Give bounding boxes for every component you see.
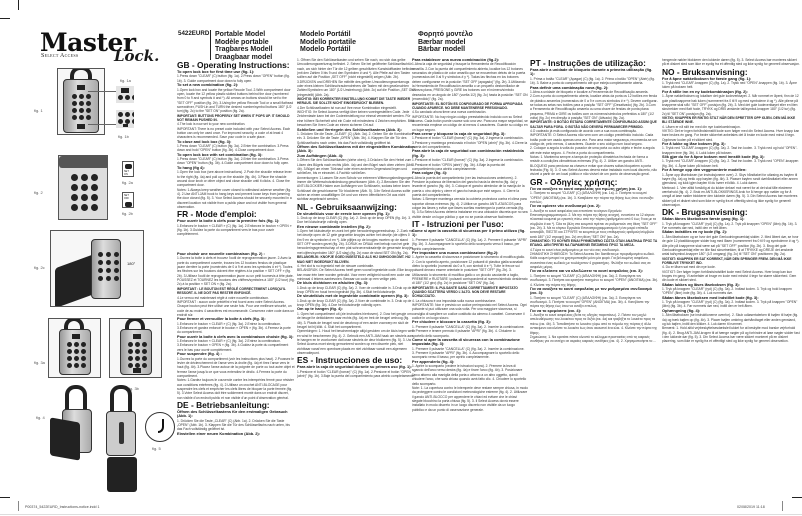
model-name-dk: Bærbar model xyxy=(418,39,473,47)
model-names-1: Portable Model Modèle portable Tragbares… xyxy=(215,31,273,61)
clear-button-icon xyxy=(72,334,80,339)
clear-button-icon xyxy=(133,334,141,339)
nl-hang: 1. Open het compartiment uit (zie instru… xyxy=(297,312,415,329)
figure-4 xyxy=(50,385,95,460)
it-new-combo: 1. Aprire la cassetta di sicurezza e pos… xyxy=(412,255,528,285)
it-open-set: 1. Premere il pulsante "CANCELLA" (C) (f… xyxy=(412,347,528,360)
figure-3a xyxy=(48,318,101,378)
crop-mark xyxy=(18,0,19,10)
gb-important1: IMPORTANT: BUTTONS PROPERLY SET WHEN IT … xyxy=(177,114,295,123)
footer-timestamp: 02/08/2019 11:18 xyxy=(737,505,765,509)
dk-notes: Bemærk: 1. Hold altid vejrbeskyttelsesdæ… xyxy=(662,326,800,343)
fr-notes: Notes: 1.Gardez toujours le couvercle co… xyxy=(177,378,295,400)
lockbox xyxy=(59,329,91,375)
de-notes: Anmerkungen: 1.Lassen Sie zum Schutz vor… xyxy=(297,176,415,202)
dk-hang: 1. Åbn låseboksen (se instruktionerne ov… xyxy=(662,313,800,326)
no-notes-tail: hengende nøkler blokkerer den lukkede dø… xyxy=(662,58,800,67)
es-important2: IMPORTANTE: No hay ningún código preesta… xyxy=(412,115,528,132)
de-new-combo: 1. Öffnen Sie den Schlüsselkasten und se… xyxy=(297,58,415,97)
footer-filename: P00374_5422EURD_Instructions-notice.indd… xyxy=(25,505,100,509)
de-hang: 1.Öffnen Sie den Schlüsselkasten (siehe … xyxy=(297,158,415,175)
nl-important1: BELANGRIJK: KNOPJE GOED INGESTELD ALS HI… xyxy=(297,255,415,264)
fr-close: 1.Enfoncez le bouton « CLEAR » (C) (fig.… xyxy=(177,322,295,335)
es-important1: IMPORTANTE: EL BOTÓN ES CONFIGURADO DE F… xyxy=(412,102,528,111)
brand-select-access: Select Access xyxy=(41,53,78,59)
es-h-open-first: Para abrir la caja de seguridad durante … xyxy=(297,365,415,369)
open-button-icon xyxy=(77,124,85,129)
page-bottom-edge xyxy=(0,514,802,515)
fr-hang: 1.Ouvrez la porte du compartiment (voir … xyxy=(177,357,295,379)
model-name-es: Modelo Portátil xyxy=(300,31,356,39)
shackle xyxy=(65,385,87,411)
de-h-new-combo: Einstellen einer neuen Kombination (Abb.… xyxy=(177,432,295,436)
column-4: PT - Instruções de utilização: Para abri… xyxy=(530,58,658,468)
rotation-angle: 180° xyxy=(127,261,135,266)
model-code: 5422EURD xyxy=(178,30,209,37)
column-1b: Pour choisir une nouvelle combinaison (f… xyxy=(177,252,295,482)
fig1-label: fig. 1 xyxy=(34,108,43,113)
gb-new-combo: 1.Open lock box and locate the yellow Re… xyxy=(177,88,295,114)
lockbox xyxy=(120,329,152,375)
fig1b-label: fig. 1b xyxy=(118,134,129,139)
dk-important1: VIGTIGT: KNAPPEN ER SAT KORREKT, NÅR DEN… xyxy=(662,257,800,266)
open-button-icon xyxy=(133,368,141,373)
crop-mark xyxy=(792,497,802,498)
set-on-arrow-icon xyxy=(125,164,132,169)
open-button-icon xyxy=(123,124,128,127)
it-open-first: 1. Premere il pulsante "CANCELLA" (C) (f… xyxy=(412,238,528,251)
column-2: 1. Öffnen Sie den Schlüsselkasten und se… xyxy=(297,58,415,490)
es-open-first: 1.Presione el botón "CLEAR (borrar)" (C)… xyxy=(297,370,415,379)
gr-hang: 1. Ανοίξτε το κουτί ασφαλείας (δείτε τις… xyxy=(530,313,658,335)
gb-hang: 1.Open the lock box (see above instructi… xyxy=(177,170,295,187)
figure-4b xyxy=(102,385,142,505)
gb-notes: Notes: 1.Always keep weather cover close… xyxy=(177,188,295,210)
figure-2a: SET ON xyxy=(122,161,134,177)
model-name-en: Portable Model xyxy=(215,31,273,39)
nl-notes: Opmerkingen: 1. Houd het beschermkapje a… xyxy=(297,329,415,355)
model-name-it: Modello portatile xyxy=(300,39,356,47)
it-h-open-first: Come si apre la cassetta di sicurezza pe… xyxy=(412,229,528,238)
model-names-2: Modelo Portátil Modello portatile Modelo… xyxy=(300,31,356,54)
column-3: Para establecer una nueva combinación (f… xyxy=(412,58,528,478)
keypad-icon xyxy=(72,94,91,120)
set-on-text: SET ON xyxy=(124,170,133,176)
footer-divider xyxy=(782,501,783,511)
weather-cover-icon xyxy=(50,417,80,460)
fig3a-label: fig. 3a xyxy=(34,360,45,365)
no-important2: VIKTIG: Det er ingen forhåndsinnstilt ko… xyxy=(662,129,800,142)
no-notes: Merknad: 1. Vær alltid forsiktig at du l… xyxy=(662,186,800,208)
fig2-label: fig. 2 xyxy=(34,190,43,195)
recode-buttons-icon xyxy=(71,174,98,211)
fig1a-label: fig. 1a xyxy=(120,78,131,83)
callout-line xyxy=(88,124,116,125)
keypad-icon xyxy=(118,95,134,100)
clear-button-icon xyxy=(77,85,85,90)
dk-important2: VIGTIGT: Der følger ingen forhåndsindsti… xyxy=(662,270,800,283)
pt-h-open-first: Para abrir a unidade de bloqueio durante… xyxy=(530,68,658,77)
set-off-text: SET OFF xyxy=(124,194,133,200)
set-off-arrow-icon xyxy=(125,202,132,207)
figure-1a xyxy=(116,86,134,103)
key-icon xyxy=(119,422,124,444)
crop-mark xyxy=(0,18,10,19)
fig2a-label: fig. 2a xyxy=(122,180,133,185)
fig5-label: fig. 5 xyxy=(152,446,161,451)
de-close: 1. Drücken Sie die Taste „CLEAR" (C) (Ab… xyxy=(297,132,415,145)
model-name-de: Tragbares Modell xyxy=(215,46,273,54)
pt-notes: Notas: 1. Mantenha sempre a tampa de pro… xyxy=(530,155,658,177)
gr-notes: Σημειώσεις: 1. Να κρατάτε πάντα κλειστό … xyxy=(530,335,658,344)
master-lock-logo: Master Select Access Lock. xyxy=(40,30,160,64)
fr-important1: IMPORTANT : LE BOUTON EST RÉGLÉ CORRECTE… xyxy=(177,287,295,296)
gr-important2: ΣΗΜΑΝΤΙΚΗ ΣΗΜΕΙΩΣΗ: Το Select Access δεν… xyxy=(530,252,658,269)
fig4-label: fig. 4 xyxy=(36,415,45,420)
gr-new-combo: 1. Ανοίξτε το κουτί ασφαλείας και εντοπί… xyxy=(530,209,658,239)
gr-important1: ΣΗΜΑΝΤΙΚΟ: ΤΟ ΚΟΥΜΠΙ ΕΙΝΑΙ ΡΥΘΜΙΣΜΕΝΟ ΣΩ… xyxy=(530,239,658,248)
gb-important2: IMPORTANT: There is no preset code inclu… xyxy=(177,127,295,140)
nl-new-combo: 1.Open het kluisdeurtje en zoek het gele… xyxy=(297,229,415,255)
pt-important2: IMPORTANTE: O Select Access não vem com … xyxy=(530,133,658,146)
figure-2b: SET OFF xyxy=(122,192,134,208)
no-new-combo: 1. Åpne nøkkelboksen og lokaliser det gu… xyxy=(662,94,800,116)
figure-2c: 180° xyxy=(50,230,144,307)
crop-mark xyxy=(0,497,10,498)
lid-icon xyxy=(59,156,108,168)
lockbox-open xyxy=(106,411,136,456)
figure-1b xyxy=(116,110,134,128)
model-name-pt: Modelo Portátil xyxy=(300,46,356,54)
model-separator xyxy=(210,30,211,60)
de-h-open-first: Öffnen des Schlüsselkastens für den erst… xyxy=(177,410,295,419)
fr-new-combo: 1.Ouvrez la boîte à clefs et trouvez l'o… xyxy=(177,256,295,286)
de-important1: WICHTIG: BEI KORREKTER EINSTELLUNG KOMMT… xyxy=(297,97,415,106)
model-name-gr: Φορητό μοντέλο xyxy=(418,31,473,39)
keypad-panel xyxy=(91,239,121,299)
callout-line xyxy=(88,91,116,92)
pt-hang-tail: 2. Coloque a argola à volta do puxador d… xyxy=(530,146,658,155)
no-hang: 1. Åpne opp låseboksen (se instruksjonen… xyxy=(662,173,800,186)
brand-lock: Lock. xyxy=(114,47,159,65)
figure-3b xyxy=(109,318,162,378)
pt-new-combo: 1.Abra a unidade de bloqueio e localize … xyxy=(530,90,658,120)
it-close: 1. Premere il pulsante "CANCELLA" (C) (f… xyxy=(412,325,528,338)
de-important2: WICHTIG: Ihr Select Access verfügt über … xyxy=(297,110,415,127)
shackle xyxy=(110,385,132,413)
it-important1: IMPORTANTE: IL PULSANTE SARÀ CORRETTAMEN… xyxy=(412,286,528,299)
it-h-open-set: Come si apre la cassetta di sicurezza co… xyxy=(412,338,528,347)
de-open-first: 1. Drücken Sie die Taste „CLEAR" (C) (Ab… xyxy=(177,419,295,432)
model-name-se: Bärbar modell xyxy=(418,46,473,54)
open-door-icon xyxy=(55,254,95,307)
dk-new-combo: 1. Åbn låseboksen og se hvor det gule Ge… xyxy=(662,235,800,257)
anti-jam-hook-icon xyxy=(145,412,175,442)
fig2c-label: fig. 2c xyxy=(34,265,45,270)
es-hang: 1.Abra la puerta del compartimiento (ver… xyxy=(412,176,528,198)
es-new-combo: 1.Abra la caja de seguridad y busque la … xyxy=(412,62,528,101)
model-names-3: Φορητό μοντέλο Bærbar model Bärbar model… xyxy=(418,31,473,54)
figure-2 xyxy=(58,155,108,220)
it-important2: IMPORTANTE: Non è previsto un codice pre… xyxy=(412,303,528,320)
fr-open-first: 1.Enfoncez le bouton « CLEAR » (C) (fig.… xyxy=(177,224,295,237)
keypad-icon xyxy=(118,112,134,124)
it-hang: 1. Aprire lo scomparto (vedere le istruz… xyxy=(412,364,528,386)
clear-button-icon xyxy=(121,88,129,93)
it-notes: Note: 1. La copertura contro le intemper… xyxy=(412,386,528,412)
open-door-icon xyxy=(107,457,137,492)
gr-close: 1. Πατήστε το κουμπί "CLEAR" (C) (ΑΠΑΛΟΙ… xyxy=(530,274,658,287)
column-5: hengende nøkler blokkerer den lukkede dø… xyxy=(662,58,800,468)
fr-important2: IMPORTANT : aucun code prédéfini n'est f… xyxy=(177,300,295,317)
gr-open-set: 1. Πατήστε το κουμπί "CLEAR" (C) (ΑΠΑΛΟΙ… xyxy=(530,296,658,309)
recode-buttons-icon xyxy=(98,252,119,281)
keypad-icon xyxy=(67,342,86,368)
gr-h-open-set: Για να ανοίξετε το κουτί ασφαλείας με το… xyxy=(530,287,658,296)
pt-important1: IMPORTANTE: O BOTÃO ESTARÁ CORRETAMENTE … xyxy=(530,120,658,129)
es-notes: Notas: 1.Siempre mantenga cerrada la cub… xyxy=(412,197,528,219)
keypad-icon xyxy=(128,342,147,368)
no-important1: VIKTIG: KNAPPEN ER RIKTIG STILT NÅR DEN … xyxy=(662,116,800,125)
model-name-fr: Modèle portable xyxy=(215,39,273,47)
fig2b-label: fig. 2b xyxy=(122,211,133,216)
es-h-open-set: Para abrir la caja de seguridad con comb… xyxy=(412,149,528,158)
footer-divider xyxy=(18,501,19,511)
